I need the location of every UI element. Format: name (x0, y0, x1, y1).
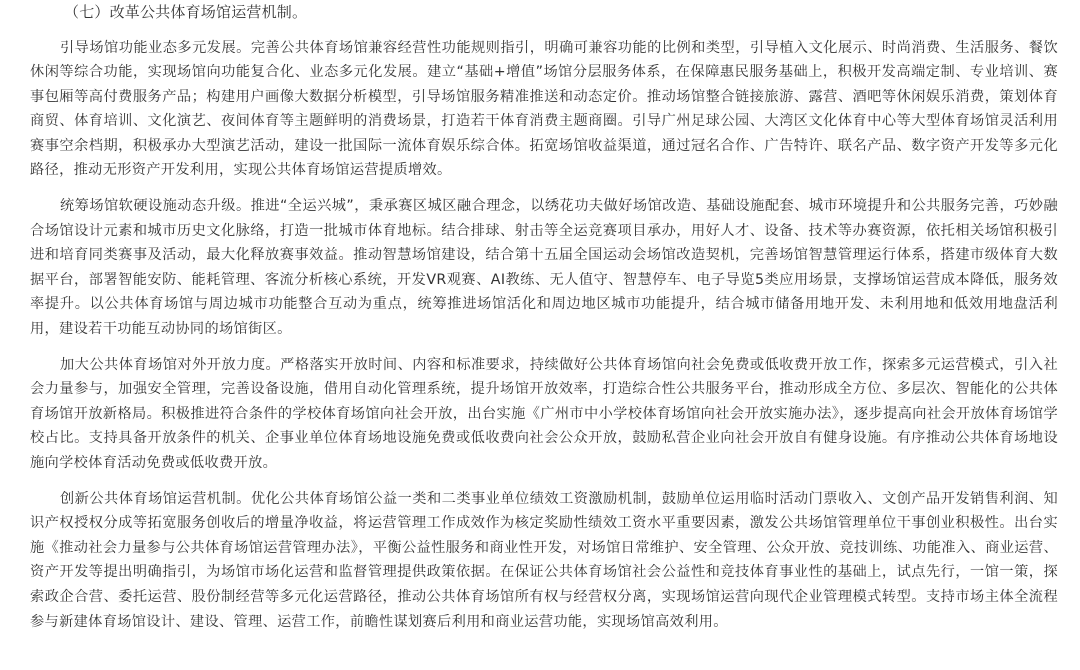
document-body: （七）改革公共体育场馆运营机制。 引导场馆功能业态多元发展。完善公共体育场馆兼容… (30, 0, 1058, 634)
paragraph-public-opening: 加大公共体育场馆对外开放力度。严格落实开放时间、内容和标准要求，持续做好公共体育… (30, 353, 1058, 476)
section-heading: （七）改革公共体育场馆运营机制。 (30, 0, 1058, 25)
paragraph-operation-mechanism: 创新公共体育场馆运营机制。优化公共体育场馆公益一类和二类事业单位绩效工资激励机制… (30, 487, 1058, 635)
paragraph-venue-function-diversification: 引导场馆功能业态多元发展。完善公共体育场馆兼容经营性功能规则指引，明确可兼容功能… (30, 36, 1058, 184)
paragraph-facility-upgrade: 统筹场馆软硬设施动态升级。推进“全运兴城”，秉承赛区城区融合理念，以绣花功夫做好… (30, 194, 1058, 342)
